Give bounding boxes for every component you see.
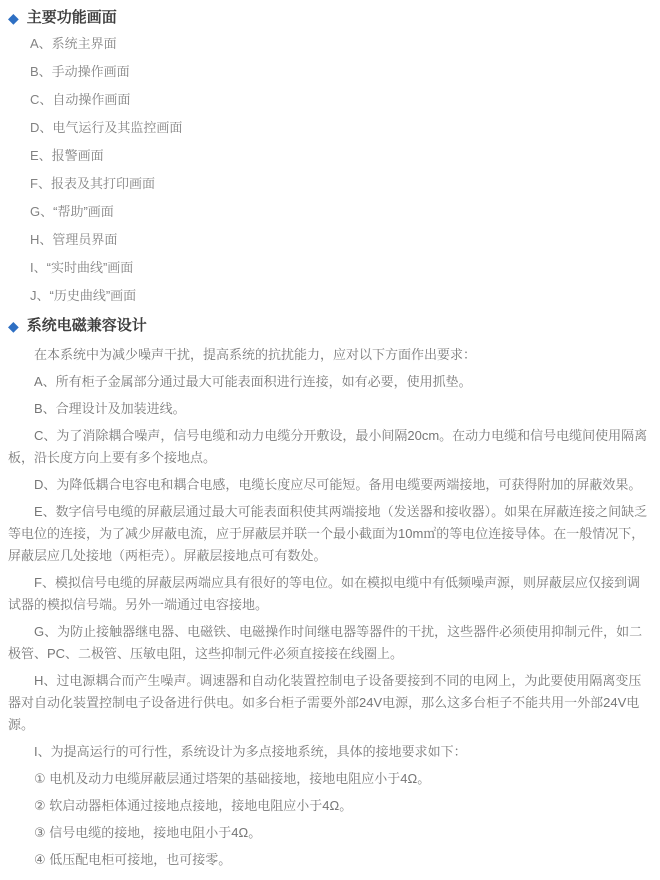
emc-requirement-paragraph: B、合理设计及加装进线。 bbox=[8, 398, 650, 420]
emc-intro-paragraph: 在本系统中为减少噪声干扰，提高系统的抗扰能力，应对以下方面作出要求： bbox=[8, 344, 650, 366]
screen-list-item: C、自动操作画面 bbox=[30, 92, 650, 108]
emc-requirement-paragraph: D、为降低耦合电容电和耦合电感，电缆长度应尽可能短。备用电缆要两端接地，可获得附… bbox=[8, 474, 650, 496]
grounding-item-paragraph: ① 电机及动力电缆屏蔽层通过塔架的基础接地，接地电阻应小于4Ω。 bbox=[8, 768, 650, 790]
screen-list-item: E、报警画面 bbox=[30, 148, 650, 164]
screen-list-item: G、“帮助”画面 bbox=[30, 204, 650, 220]
section-title: 主要功能画面 bbox=[27, 8, 117, 28]
emc-requirement-paragraph: G、为防止接触器继电器、电磁铁、电磁操作时间继电器等器件的干扰，这些器件必须使用… bbox=[8, 621, 650, 665]
screen-list-item: F、报表及其打印画面 bbox=[30, 176, 650, 192]
document-page: ◆ 主要功能画面 A、系统主界面 B、手动操作画面 C、自动操作画面 D、电气运… bbox=[0, 0, 660, 880]
emc-requirement-paragraph: I、为提高运行的可行性，系统设计为多点接地系统，具体的接地要求如下： bbox=[8, 741, 650, 763]
screen-list-item: B、手动操作画面 bbox=[30, 64, 650, 80]
emc-requirement-paragraph: C、为了消除耦合噪声，信号电缆和动力电缆分开敷设，最小间隔20cm。在动力电缆和… bbox=[8, 425, 650, 469]
section-title: 系统电磁兼容设计 bbox=[27, 316, 147, 336]
section-emc-design: ◆ 系统电磁兼容设计 在本系统中为减少噪声干扰，提高系统的抗扰能力，应对以下方面… bbox=[8, 316, 650, 871]
section-main-function-screens: ◆ 主要功能画面 A、系统主界面 B、手动操作画面 C、自动操作画面 D、电气运… bbox=[8, 8, 650, 304]
screen-list-item: D、电气运行及其监控画面 bbox=[30, 120, 650, 136]
grounding-item-paragraph: ④ 低压配电柜可接地，也可接零。 bbox=[8, 849, 650, 871]
section-heading-main-functions: ◆ 主要功能画面 bbox=[8, 8, 650, 28]
grounding-item-paragraph: ② 软启动器柜体通过接地点接地，接地电阻应小于4Ω。 bbox=[8, 795, 650, 817]
emc-requirement-paragraph: A、所有柜子金属部分通过最大可能表面积进行连接，如有必要，使用抓垫。 bbox=[8, 371, 650, 393]
screen-list-item: J、“历史曲线”画面 bbox=[30, 288, 650, 304]
diamond-bullet-icon: ◆ bbox=[8, 11, 19, 25]
screen-list-item: H、管理员界面 bbox=[30, 232, 650, 248]
emc-requirement-paragraph: H、过电源耦合而产生噪声。调速器和自动化装置控制电子设备要接到不同的电网上，为此… bbox=[8, 670, 650, 736]
screen-list-item: I、“实时曲线”画面 bbox=[30, 260, 650, 276]
emc-requirement-paragraph: F、模拟信号电缆的屏蔽层两端应具有很好的等电位。如在模拟电缆中有低频噪声源，则屏… bbox=[8, 572, 650, 616]
section-heading-emc-design: ◆ 系统电磁兼容设计 bbox=[8, 316, 650, 336]
screen-list: A、系统主界面 B、手动操作画面 C、自动操作画面 D、电气运行及其监控画面 E… bbox=[8, 36, 650, 304]
diamond-bullet-icon: ◆ bbox=[8, 319, 19, 333]
emc-requirement-paragraph: E、数字信号电缆的屏蔽层通过最大可能表面积使其两端接地（发送器和接收器）。如果在… bbox=[8, 501, 650, 567]
screen-list-item: A、系统主界面 bbox=[30, 36, 650, 52]
grounding-item-paragraph: ③ 信号电缆的接地，接地电阻小于4Ω。 bbox=[8, 822, 650, 844]
